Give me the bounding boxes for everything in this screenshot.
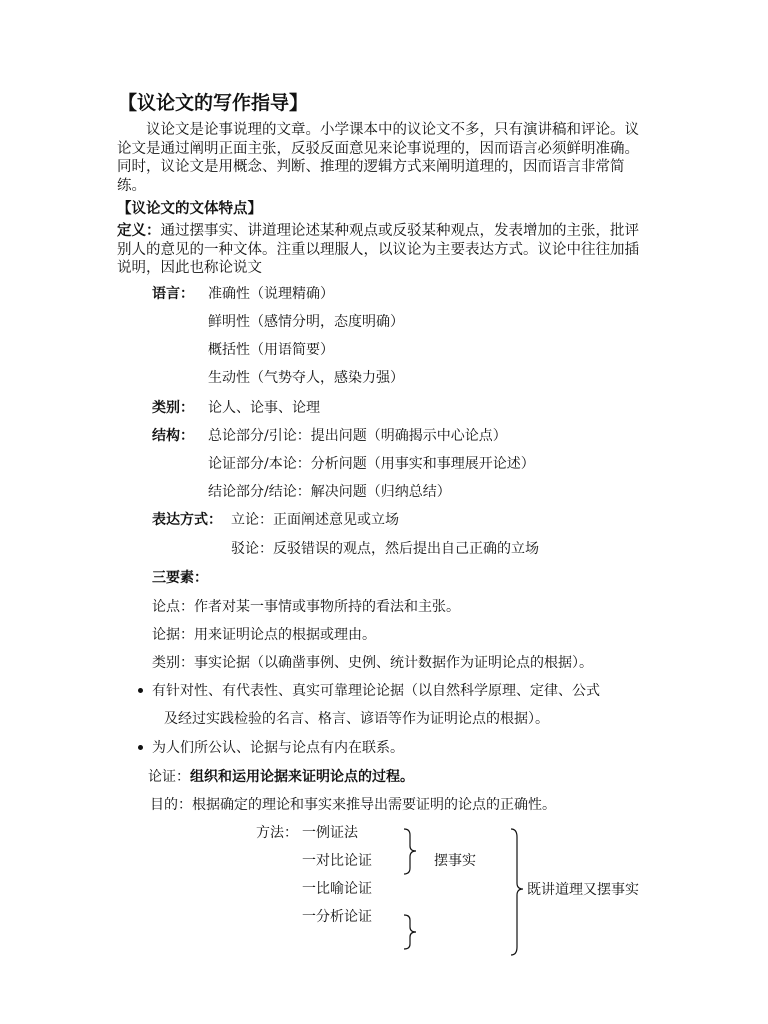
group-label-all: 既讲道理又摆事实 bbox=[527, 879, 639, 899]
group-label-facts: 摆事实 bbox=[434, 850, 476, 870]
method-item: 一例证法 bbox=[302, 822, 358, 842]
thesis-text: 论点：作者对某一事情或事物所持的看法和主张。 bbox=[152, 596, 460, 616]
evidence-text: 论据：用来证明论点的根据或理由。 bbox=[152, 624, 376, 644]
structure-item: 论证部分/本论：分析问题（用事实和事理展开论述） bbox=[208, 453, 535, 473]
language-item: 生动性（气势夺人，感染力强） bbox=[208, 367, 404, 387]
brace-icon bbox=[400, 913, 430, 953]
evidence-types-text: 类别：事实论据（以确凿事例、史例、统计数据作为证明论点的根据）。 bbox=[152, 652, 593, 672]
language-item: 准确性（说理精确） bbox=[208, 283, 334, 303]
bullet-icon bbox=[138, 745, 143, 750]
three-elements-label: 三要素： bbox=[152, 567, 208, 587]
expression-item: 驳论：反驳错误的观点，然后提出自己正确的立场 bbox=[231, 538, 539, 558]
category-label: 类别： bbox=[152, 397, 194, 417]
argument-text: 组织和运用论据来证明论点的过程。 bbox=[190, 769, 414, 785]
argument-label: 论证： bbox=[148, 769, 190, 785]
document-title: 【议论文的写作指导】 bbox=[118, 88, 308, 115]
language-item: 概括性（用语简要） bbox=[208, 339, 334, 359]
bullet-icon bbox=[138, 688, 143, 693]
expression-item: 立论：正面阐述意见或立场 bbox=[231, 509, 399, 529]
structure-item: 总论部分/引论：提出问题（明确揭示中心论点） bbox=[208, 425, 507, 445]
methods-label: 方法： bbox=[256, 822, 298, 842]
intro-paragraph: 议论文是论事说理的文章。小学课本中的议论文不多，只有演讲稿和评论。议论文是通过阐… bbox=[117, 121, 652, 195]
argument-line: 论证：组织和运用论据来证明论点的过程。 bbox=[148, 766, 414, 786]
definition-label: 定义： bbox=[117, 223, 161, 239]
language-item: 鲜明性（感情分明，态度明确） bbox=[208, 311, 404, 331]
category-text: 论人、论事、论理 bbox=[208, 397, 320, 417]
definition-text: 通过摆事实、讲道理论述某种观点或反驳某种观点，发表增加的主张，批评别人的意见的一… bbox=[117, 223, 639, 276]
intro-text: 议论文是论事说理的文章。小学课本中的议论文不多，只有演讲稿和评论。议论文是通过阐… bbox=[117, 121, 652, 195]
bullet-text: 有针对性、有代表性、真实可靠理论论据（以自然科学原理、定律、公式 bbox=[152, 680, 600, 700]
expression-label: 表达方式： bbox=[152, 509, 222, 529]
structure-item: 结论部分/结论：解决问题（归纳总结） bbox=[208, 481, 451, 501]
method-item: 一对比论证 bbox=[302, 850, 372, 870]
language-label: 语言： bbox=[152, 283, 194, 303]
method-item: 一分析论证 bbox=[302, 906, 372, 926]
purpose-text: 目的：根据确定的理论和事实来推导出需要证明的论点的正确性。 bbox=[150, 794, 556, 814]
bullet-text-continued: 及经过实践检验的名言、格言、谚语等作为证明论点的根据）。 bbox=[164, 708, 549, 728]
section-title: 【议论文的文体特点】 bbox=[117, 197, 262, 218]
brace-icon bbox=[400, 827, 430, 877]
definition-paragraph: 定义：通过摆事实、讲道理论述某种观点或反驳某种观点，发表增加的主张，批评别人的意… bbox=[117, 222, 652, 278]
structure-label: 结构： bbox=[152, 425, 194, 445]
bullet-text: 为人们所公认、论据与论点有内在联系。 bbox=[152, 737, 404, 757]
method-item: 一比喻论证 bbox=[302, 878, 372, 898]
